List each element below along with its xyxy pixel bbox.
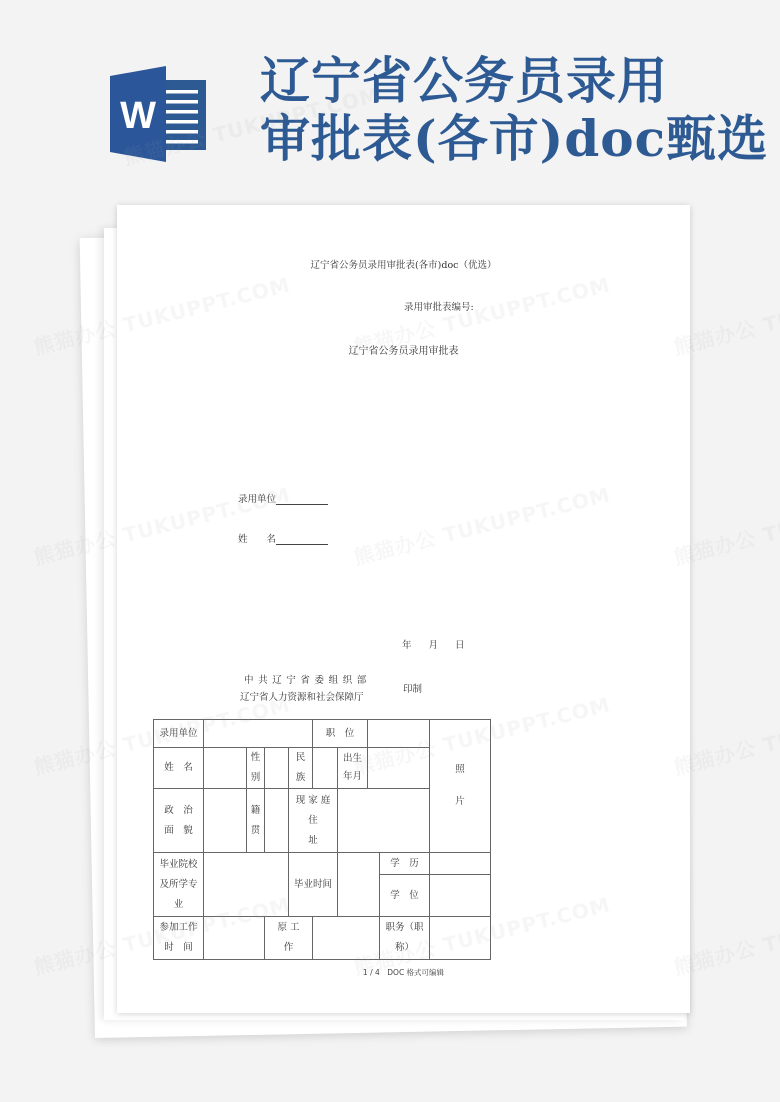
field-unit-label: 录用单位 bbox=[238, 494, 276, 505]
value-name[interactable] bbox=[204, 748, 247, 789]
photo-cell[interactable]: 照 片 bbox=[430, 720, 491, 853]
label-political: 政 治 面 貌 bbox=[154, 789, 204, 853]
value-work-start[interactable] bbox=[204, 917, 265, 960]
label-origin: 籍 贯 bbox=[247, 789, 265, 853]
value-address[interactable] bbox=[338, 789, 430, 853]
label-name: 姓 名 bbox=[154, 748, 204, 789]
date-line: 年 月 日 bbox=[402, 637, 465, 651]
banner-title-line2: 审批表(各市)doc甄选 bbox=[260, 110, 768, 168]
value-political[interactable] bbox=[204, 789, 247, 853]
issuer-line1: 中共辽宁省委组织部 bbox=[244, 672, 371, 686]
form-number-label: 录用审批表编号: bbox=[404, 299, 474, 313]
label-degree: 学 位 bbox=[380, 875, 430, 917]
document-page: 辽宁省公务员录用审批表(各市)doc（优选） 录用审批表编号: 辽宁省公务员录用… bbox=[117, 205, 690, 1013]
label-work-start: 参加工作 时 间 bbox=[154, 917, 204, 960]
label-prev-work: 原 工 作 bbox=[265, 917, 313, 960]
issuer-line2: 辽宁省人力资源和社会保障厅 bbox=[240, 689, 364, 703]
label-unit: 录用单位 bbox=[154, 720, 204, 748]
value-education[interactable] bbox=[430, 853, 491, 875]
value-unit[interactable] bbox=[204, 720, 313, 748]
value-school[interactable] bbox=[204, 853, 289, 917]
field-name: 姓 名 bbox=[238, 531, 328, 545]
label-title: 职务（职 称） bbox=[380, 917, 430, 960]
label-ethnicity: 民 族 bbox=[289, 748, 313, 789]
label-school: 毕业院校 及所学专 业 bbox=[154, 853, 204, 917]
value-position[interactable] bbox=[368, 720, 430, 748]
word-document-icon: W bbox=[108, 66, 208, 162]
value-grad-time[interactable] bbox=[338, 853, 380, 917]
label-gender: 性 别 bbox=[247, 748, 265, 789]
value-ethnicity[interactable] bbox=[313, 748, 338, 789]
value-prev-work[interactable] bbox=[313, 917, 380, 960]
approval-form-table: 录用单位 职 位 照 片 姓 名 性 别 民 族 出生 年月 政 治 面 貌 籍… bbox=[153, 719, 491, 960]
field-unit-blank[interactable] bbox=[276, 493, 328, 505]
banner-title-line1: 辽宁省公务员录用 bbox=[260, 52, 768, 110]
value-gender[interactable] bbox=[265, 748, 289, 789]
value-degree[interactable] bbox=[430, 875, 491, 917]
field-unit: 录用单位 bbox=[238, 491, 328, 505]
field-name-blank[interactable] bbox=[276, 533, 328, 545]
form-title: 辽宁省公务员录用审批表 bbox=[117, 342, 690, 357]
value-birth[interactable] bbox=[368, 748, 430, 789]
banner-title: 辽宁省公务员录用 审批表(各市)doc甄选 bbox=[260, 52, 768, 168]
label-birth: 出生 年月 bbox=[338, 748, 368, 789]
value-origin[interactable] bbox=[265, 789, 289, 853]
value-title[interactable] bbox=[430, 917, 491, 960]
field-name-label: 姓 名 bbox=[238, 534, 276, 545]
document-header: 辽宁省公务员录用审批表(各市)doc（优选） bbox=[117, 257, 690, 271]
seal-text: 印制 bbox=[403, 681, 422, 695]
label-position: 职 位 bbox=[313, 720, 368, 748]
label-address: 现 家 庭 住 址 bbox=[289, 789, 338, 853]
label-grad-time: 毕业时间 bbox=[289, 853, 338, 917]
label-education: 学 历 bbox=[380, 853, 430, 875]
page-footer: 1 / 4 DOC 格式可编辑 bbox=[117, 967, 690, 978]
svg-text:W: W bbox=[120, 95, 156, 137]
